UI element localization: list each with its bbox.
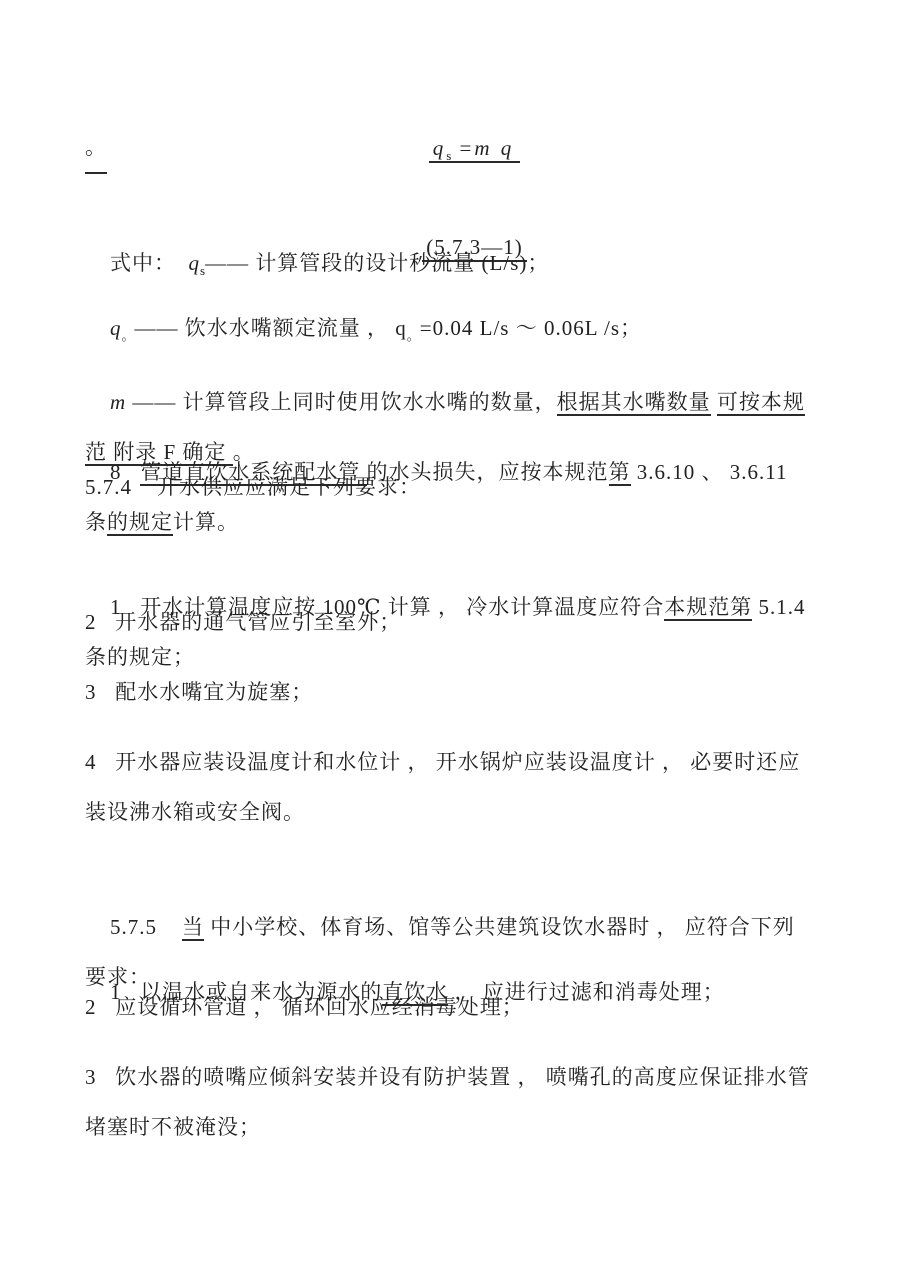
section-5-7-4-item-2: 2 开水器的通气管应引至室外； <box>85 597 815 647</box>
document-page: qs =m q 。 (5.7.3—1) 式中： qs—— 计算管段的设计秒流量 … <box>0 0 900 1273</box>
section-5-7-4-item-4: 4 开水器应装设温度计和水位计 ， 开水锅炉应装设温度计 ， 必要时还应装设沸水… <box>85 737 815 837</box>
section-5-7-5-item-3: 3 饮水器的喷嘴应倾斜安装并设有防护装置 ， 喷嘴孔的高度应保证排水管堵塞时不被… <box>85 1052 815 1152</box>
section-5-7-5-item-2: 2 应设循环管道 ， 循环回水应经消毒处理； <box>85 982 815 1032</box>
section-5-7-4-item-3: 3 配水水嘴宜为旋塞； <box>85 667 815 717</box>
stray-period: 。 <box>85 122 107 174</box>
section-5-7-4: 5.7.4 开水供应应满足下列要求： <box>85 462 815 512</box>
